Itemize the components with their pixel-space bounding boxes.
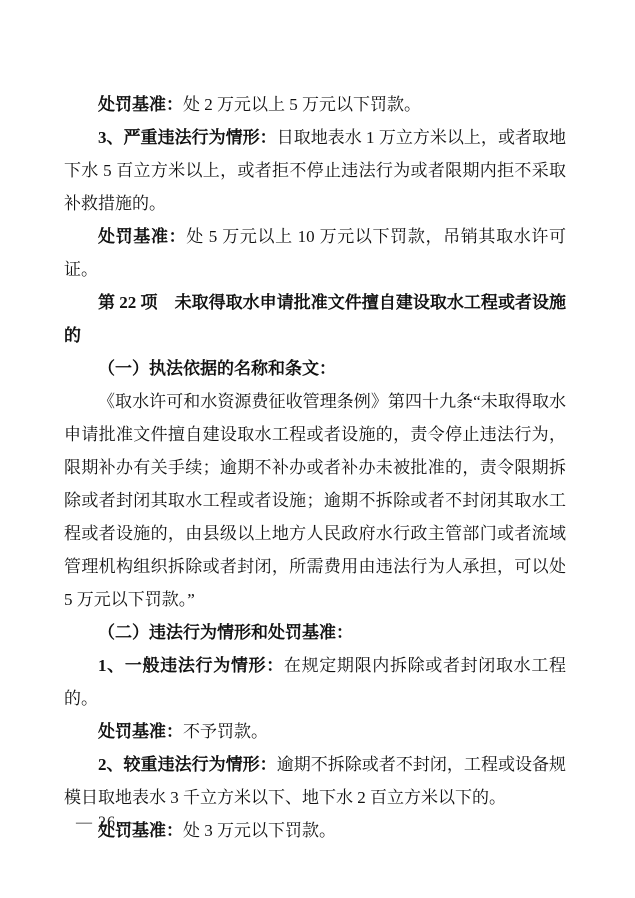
paragraph: 处罚基准：处 2 万元以上 5 万元以下罚款。 [64, 88, 566, 121]
page-number: — 26 — [76, 812, 138, 834]
bold-text-run: 2、较重违法行为情形： [98, 755, 277, 774]
section-heading: （二）违法行为情形和处罚基准： [64, 616, 566, 649]
bold-text-run: 3、严重违法行为情形： [98, 128, 277, 147]
text-run: 处 3 万元以下罚款。 [183, 821, 336, 840]
paragraph: 处罚基准：处 5 万元以上 10 万元以下罚款，吊销其取水许可证。 [64, 220, 566, 286]
document-page: 处罚基准：处 2 万元以上 5 万元以下罚款。3、严重违法行为情形：日取地表水 … [0, 0, 635, 898]
bold-text-run: （二）违法行为情形和处罚基准： [98, 623, 353, 642]
bold-text-run: 1、一般违法行为情形： [98, 656, 284, 675]
bold-text-run: 处罚基准： [98, 227, 186, 246]
text-run: 处 2 万元以上 5 万元以下罚款。 [183, 95, 421, 114]
paragraph: 《取水许可和水资源费征收管理条例》第四十九条“未取得取水申请批准文件擅自建设取水… [64, 385, 566, 616]
bold-text-run: 第 22 项 未取得取水申请批准文件擅自建设取水工程或者设施的 [64, 293, 566, 345]
paragraph: 2、较重违法行为情形：逾期不拆除或者不封闭，工程或设备规模日取地表水 3 千立方… [64, 748, 566, 814]
section-heading: （一）执法依据的名称和条文： [64, 352, 566, 385]
paragraph: 处罚基准：处 3 万元以下罚款。 [64, 814, 566, 847]
paragraph: 3、严重违法行为情形：日取地表水 1 万立方米以上，或者取地下水 5 百立方米以… [64, 121, 566, 220]
bold-text-run: 处罚基准： [98, 95, 183, 114]
bold-text-run: （一）执法依据的名称和条文： [98, 359, 336, 378]
bold-text-run: 处罚基准： [98, 722, 183, 741]
paragraph: 处罚基准：不予罚款。 [64, 715, 566, 748]
document-body: 处罚基准：处 2 万元以上 5 万元以下罚款。3、严重违法行为情形：日取地表水 … [64, 88, 566, 847]
paragraph: 1、一般违法行为情形：在规定期限内拆除或者封闭取水工程的。 [64, 649, 566, 715]
section-heading: 第 22 项 未取得取水申请批准文件擅自建设取水工程或者设施的 [64, 286, 566, 352]
text-run: 《取水许可和水资源费征收管理条例》第四十九条“未取得取水申请批准文件擅自建设取水… [64, 392, 566, 609]
text-run: 不予罚款。 [183, 722, 268, 741]
